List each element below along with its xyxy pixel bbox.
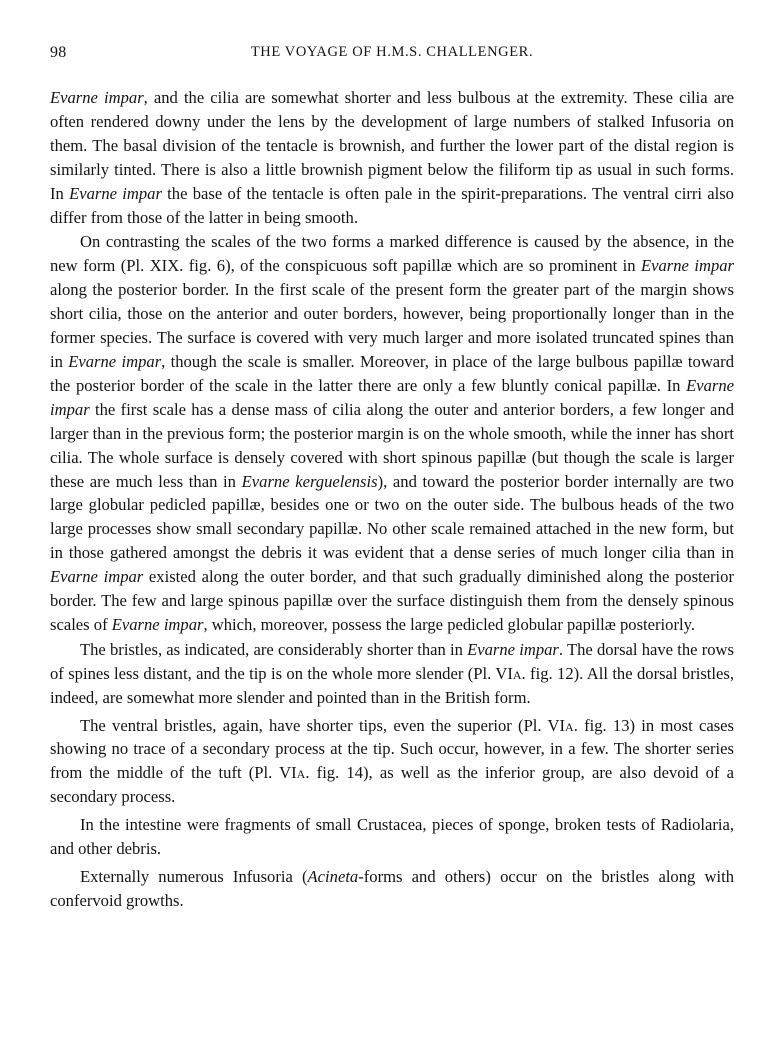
paragraph-6: Externally numerous Infusoria (Acineta-f…	[50, 865, 734, 913]
text-run: The bristles, as indicated, are consider…	[80, 640, 467, 659]
body-text: Evarne impar, and the cilia are somewhat…	[50, 86, 734, 913]
taxon-name: Evarne kerguelensis	[242, 472, 378, 491]
small-caps-text: a	[565, 716, 574, 735]
text-run: On contrasting the scales of the two for…	[50, 232, 734, 275]
page-header: 98 THE VOYAGE OF H.M.S. CHALLENGER.	[50, 44, 734, 66]
running-title: THE VOYAGE OF H.M.S. CHALLENGER.	[50, 44, 734, 61]
paragraph-5: In the intestine were fragments of small…	[50, 813, 734, 861]
paragraph-3: The bristles, as indicated, are consider…	[50, 638, 734, 710]
text-run: , which, moreover, possess the large ped…	[203, 615, 695, 634]
taxon-name: Evarne impar	[50, 567, 143, 586]
taxon-name: Evarne impar	[641, 256, 734, 275]
taxon-name: Acineta	[308, 867, 359, 886]
paragraph-4: The ventral bristles, again, have shorte…	[50, 714, 734, 810]
taxon-name: Evarne impar	[467, 640, 559, 659]
text-run: The ventral bristles, again, have shorte…	[80, 716, 565, 735]
taxon-name: Evarne impar	[112, 615, 204, 634]
paragraph-2: On contrasting the scales of the two for…	[50, 230, 734, 636]
paragraph-1: Evarne impar, and the cilia are somewhat…	[50, 86, 734, 229]
small-caps-text: a	[513, 664, 522, 683]
text-run: In the intestine were fragments of small…	[50, 815, 734, 858]
taxon-name: Evarne impar	[50, 88, 144, 107]
text-run: Externally numerous Infusoria (	[80, 867, 308, 886]
taxon-name: Evarne impar	[69, 184, 162, 203]
taxon-name: Evarne impar	[68, 352, 161, 371]
